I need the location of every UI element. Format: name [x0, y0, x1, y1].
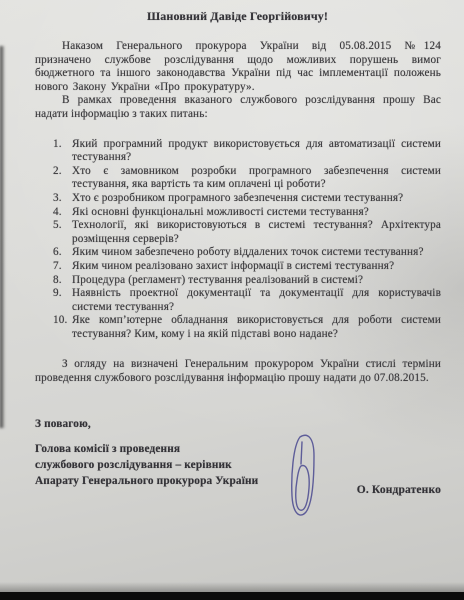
list-item-number: 8. [53, 274, 62, 288]
list-item-text: Хто є розробником програмного забезпечен… [72, 192, 403, 204]
list-item-text: Який програмний продукт використовується… [72, 138, 441, 164]
photo-edge-bottom-shadow [0, 582, 464, 592]
list-item-text: Процедура (регламент) тестування реалізо… [72, 274, 363, 286]
list-item-text: Яким чином забезпечено роботу віддалених… [72, 246, 424, 258]
signer-position: Голова комісії з проведення службового р… [35, 441, 441, 489]
list-item: 6.Яким чином забезпечено роботу віддален… [35, 246, 441, 260]
list-item-number: 10. [53, 314, 67, 328]
list-item-text: Технології, які використовуються в систе… [72, 219, 441, 245]
list-item: 8.Процедура (регламент) тестування реалі… [35, 274, 441, 288]
list-item-number: 3. [53, 192, 62, 206]
list-item-text: Які основні функціональні можливості сис… [72, 206, 369, 218]
photo-edge-bottom [0, 592, 464, 600]
request-paragraph: В рамках проведення вказаного службового… [35, 94, 441, 121]
list-item: 4.Які основні функціональні можливості с… [35, 206, 441, 220]
list-item: 2.Хто є замовником розробки програмного … [35, 165, 441, 192]
list-item-text: Яке комп’ютерне обладнання використовуєт… [72, 314, 441, 340]
list-item-number: 1. [53, 138, 62, 152]
signer-position-line: службового розслідування – керівник [35, 457, 441, 473]
salutation: Шановний Давіде Георгійовичу! [35, 9, 440, 24]
list-item-number: 2. [53, 165, 62, 179]
regards-line: З повагою, [35, 418, 441, 430]
document-photo: Шановний Давіде Георгійовичу! Наказом Ге… [0, 0, 464, 600]
signoff-block: З повагою, Голова комісії з проведення с… [35, 418, 441, 538]
signer-name: О. Кондратенко [357, 484, 441, 496]
letter: Шановний Давіде Георгійовичу! Наказом Ге… [0, 0, 464, 538]
list-item: 3.Хто є розробником програмного забезпеч… [35, 192, 441, 206]
list-item-number: 7. [53, 260, 62, 274]
signer-position-line: Голова комісії з проведення [35, 441, 441, 457]
handwritten-signature-icon [281, 430, 325, 526]
list-item: 5.Технології, які використовуються в сис… [35, 219, 441, 246]
list-item: 10.Яке комп’ютерне обладнання використов… [35, 314, 441, 341]
list-item: 1.Який програмний продукт використовуєть… [35, 138, 441, 165]
list-item-number: 9. [53, 287, 62, 301]
list-item-number: 4. [53, 206, 62, 220]
list-item: 7.Яким чином реалізовано захист інформац… [35, 260, 441, 274]
list-item-text: Яким чином реалізовано захист інформації… [72, 260, 394, 272]
list-item-text: Наявність проектної документації та доку… [72, 287, 441, 313]
closing-paragraph: З огляду на визначені Генеральним прокур… [35, 358, 441, 385]
question-list: 1.Який програмний продукт використовуєть… [35, 138, 441, 342]
list-item-number: 5. [53, 219, 62, 233]
list-item-text: Хто є замовником розробки програмного за… [72, 165, 441, 191]
intro-paragraph: Наказом Генерального прокурора України в… [35, 40, 441, 94]
list-item-number: 6. [53, 246, 62, 260]
photo-edge-left [0, 46, 5, 428]
list-item: 9.Наявність проектної документації та до… [35, 287, 441, 314]
